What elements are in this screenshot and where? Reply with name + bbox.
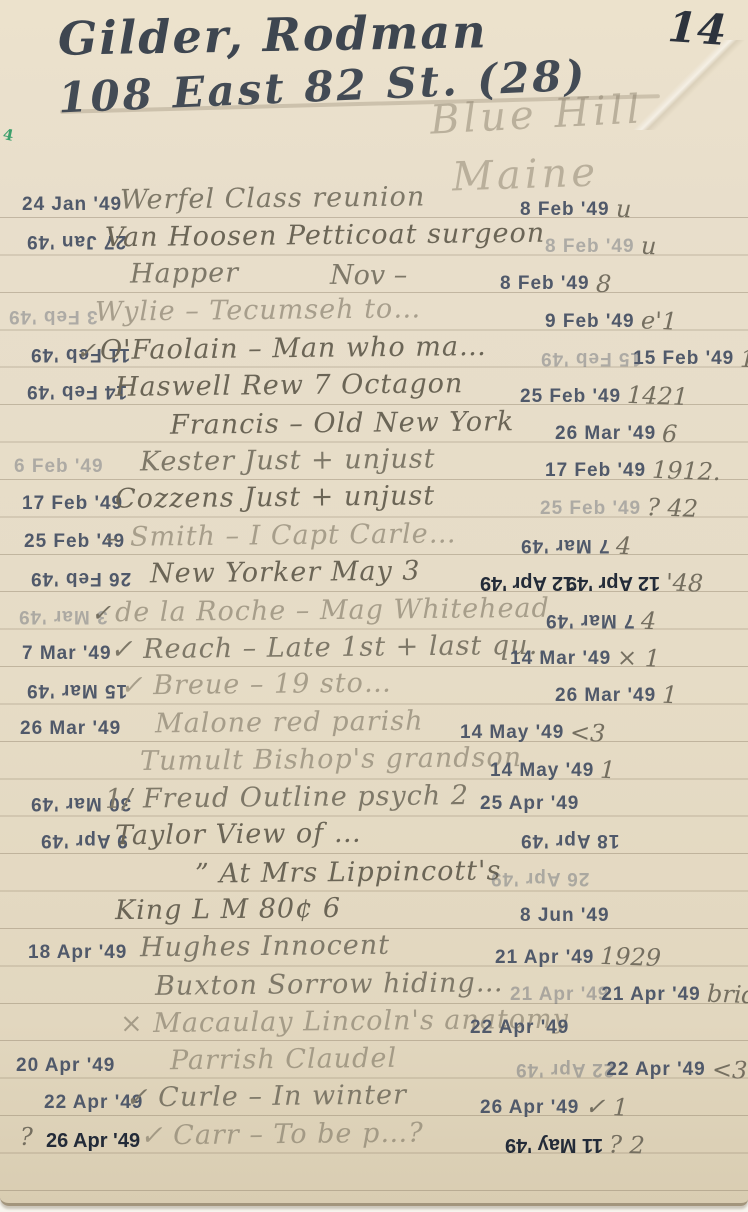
entry-text: Smith – I Capt Carle…	[130, 518, 457, 554]
date-stamp-left: 14 Feb '49	[26, 382, 127, 401]
return-stamps: 14 May '491	[490, 756, 616, 784]
page-number: 14	[666, 2, 728, 55]
entry-text: Haswell Rew 7 Octagon	[115, 368, 464, 404]
date-stamp-right: 26 Mar '49	[555, 686, 656, 705]
pencil-check-mark: –	[106, 524, 118, 552]
return-stamps: 26 Mar '491	[555, 681, 677, 709]
entry-row: 17 Feb '49Cozzens Just + unjust25 Feb '4…	[0, 486, 748, 523]
entry-text: Kester Just + unjust	[140, 443, 436, 478]
date-stamp-right: 22 Apr '49	[606, 1060, 705, 1079]
date-stamp-right: 14 Mar '49	[510, 649, 611, 668]
entry-text: de la Roche – Mag Whitehead	[115, 592, 550, 629]
date-stamp-left: 20 Apr '49	[16, 1056, 115, 1075]
pencil-note: 4	[640, 606, 656, 635]
date-stamp-right: 9 Feb '49	[545, 312, 635, 331]
return-stamps: 22 Apr '49	[470, 1018, 569, 1037]
pencil-note: bridge	[706, 979, 748, 1010]
return-stamps: 8 Feb '49u	[545, 232, 656, 260]
date-stamp-left: 17 Feb '49	[22, 494, 123, 513]
return-stamps: 8 Feb '498	[500, 270, 611, 298]
date-stamp-left: 26 Apr '49	[46, 1131, 140, 1151]
pencil-note: 1421	[627, 381, 689, 411]
entry-row: × Macaulay Lincoln's anatomy22 Apr '49	[0, 1010, 748, 1047]
date-stamp-right: 26 Apr '49	[490, 869, 589, 888]
date-stamp-right: 15 Feb '49	[540, 349, 641, 368]
entry-row: 27 Jan '49Van Hoosen Petticoat surgeon8 …	[0, 224, 748, 261]
date-stamp-right: 12 Apr '49	[480, 573, 574, 593]
entry-text: ✓ Breue – 19 sto…	[120, 668, 392, 703]
entry-text: ” At Mrs Lippincott's	[195, 855, 502, 891]
entry-text: ✓ Curle – In winter	[125, 1080, 407, 1115]
return-stamps: 7 Mar '494	[545, 607, 656, 635]
date-stamp-left: 15 Mar '49	[26, 681, 127, 700]
card-crease	[628, 40, 748, 130]
return-stamps: 18 Apr '49	[520, 831, 619, 850]
pencil-note: 1	[662, 681, 678, 710]
pencil-note: × 1	[617, 643, 661, 672]
date-stamp-right: 14 May '49	[460, 723, 564, 742]
entry-text: Werfel Class reunion	[120, 181, 426, 217]
entry-row: 30 Mar '491/ Freud Outline psych 225 Apr…	[0, 786, 748, 823]
date-stamp-right: 26 Mar '49	[555, 424, 656, 443]
date-stamp-right: 22 Apr '49	[515, 1060, 614, 1079]
date-stamp-left: 26 Mar '49	[20, 719, 121, 738]
return-stamps: 17 Feb '491912.	[545, 457, 721, 485]
entry-text: ✓ Carr – To be p…?	[140, 1117, 424, 1152]
entry-text: King L M 80¢ 6	[115, 893, 341, 928]
return-stamps: 22 Apr '4922 Apr '49<3	[515, 1056, 747, 1084]
entry-row: 3 Mar '49✓de la Roche – Mag Whitehead7 M…	[0, 599, 748, 636]
entry-row: Francis – Old New York26 Mar '496	[0, 412, 748, 449]
return-stamps: 25 Feb '491421	[520, 382, 688, 410]
date-stamp-left: 24 Jan '49	[22, 195, 122, 214]
entry-row: 18 Apr '49Hughes Innocent21 Apr '491929	[0, 935, 748, 972]
pencil-note: 6	[662, 419, 678, 448]
entry-text: New Yorker May 3	[150, 556, 421, 591]
entry-row: 15 Mar '49✓ Breue – 19 sto…26 Mar '491	[0, 673, 748, 710]
pencil-note: ? 42	[647, 493, 699, 523]
entry-text: Francis – Old New York	[170, 406, 515, 442]
entry-row: ?26 Apr '49✓ Carr – To be p…?11 May '49?…	[0, 1123, 748, 1160]
entry-mid-text: Nov –	[330, 260, 407, 291]
date-stamp-right: 21 Apr '49	[495, 948, 594, 967]
date-stamp-left: 3 Feb '49	[8, 307, 98, 326]
entry-row: 14 Feb '49Haswell Rew 7 Octagon25 Feb '4…	[0, 374, 748, 411]
pencil-note: <3	[570, 718, 606, 747]
entry-text: Cozzens Just + unjust	[115, 481, 435, 517]
return-stamps: 25 Feb '49? 42	[540, 494, 698, 522]
date-stamp-left: 7 Mar '49	[22, 644, 112, 663]
date-stamp-right: 21 Apr '49	[601, 985, 700, 1004]
pencil-note: 8	[595, 270, 611, 299]
entry-text: Buxton Sorrow hiding…	[155, 967, 504, 1003]
pencil-note: 1	[600, 756, 616, 785]
margin-mark: 4	[1, 125, 15, 145]
date-stamp-right: 8 Feb '49	[520, 200, 610, 219]
date-stamp-right: 8 Feb '49	[545, 237, 635, 256]
return-stamps: 26 Apr '49	[490, 869, 589, 888]
date-stamp-left: 18 Apr '49	[28, 943, 127, 962]
pencil-note: <3	[711, 1055, 747, 1084]
return-stamps: 21 Apr '491929	[495, 943, 661, 971]
pencil-check-mark: ✓	[76, 337, 96, 365]
date-stamp-right: 14 May '49	[490, 761, 594, 780]
entry-text: Malone red parish	[155, 705, 424, 740]
pencil-note: '48	[666, 569, 704, 598]
date-stamp-right: 25 Feb '49	[540, 499, 641, 518]
date-stamp-right: 22 Apr '49	[470, 1018, 569, 1037]
date-stamp-right: 15 Feb '49	[633, 349, 734, 368]
pencil-note: 1929	[600, 942, 662, 972]
date-stamp-right: 21 Apr '49	[510, 985, 609, 1004]
index-card: Gilder, Rodman 108 East 82 St. (28) 14 B…	[0, 0, 748, 1206]
date-stamp-right: 18 Apr '49	[520, 831, 619, 850]
pencil-note: e'1	[640, 307, 677, 336]
return-stamps: 11 May '49? 2	[505, 1131, 645, 1159]
entry-row: 3 Feb '49Wylie – Tecumseh to…9 Feb '49e'…	[0, 299, 748, 336]
pencil-pre-mark: ?	[20, 1123, 33, 1151]
entry-row: Buxton Sorrow hiding…21 Apr '4921 Apr '4…	[0, 973, 748, 1010]
cardholder-name: Gilder, Rodman	[58, 4, 488, 65]
pencil-note: ? 2	[609, 1130, 646, 1159]
date-stamp-right: 25 Apr '49	[480, 794, 579, 813]
pencil-note: u	[640, 232, 656, 261]
entry-row: ” At Mrs Lippincott's26 Apr '49	[0, 861, 748, 898]
date-stamp-right: 11 May '49	[505, 1135, 603, 1155]
pencil-note: 1	[740, 344, 748, 373]
return-stamps: 8 Jun '49	[520, 906, 610, 925]
return-stamps: 26 Apr '49✓ 1	[480, 1093, 628, 1121]
pencil-note: 4	[615, 532, 631, 561]
entry-row: 24 Jan '49Werfel Class reunion8 Feb '49u	[0, 187, 748, 224]
return-stamps: 14 Mar '49× 1	[510, 644, 660, 672]
date-stamp-left: 26 Feb '49	[30, 569, 131, 588]
date-stamp-right: 8 Feb '49	[500, 274, 590, 293]
entry-text: Van Hoosen Petticoat surgeon	[105, 218, 546, 255]
date-stamp-right: 8 Jun '49	[520, 906, 610, 925]
date-stamp-right: 26 Apr '49	[480, 1098, 579, 1117]
date-stamp-right: 17 Feb '49	[545, 461, 646, 480]
entry-row: 26 Feb '49New Yorker May 312 Apr '4912 A…	[0, 561, 748, 598]
pencil-check-mark: ✓	[91, 599, 111, 627]
pencil-location-line1: Blue Hill	[429, 86, 645, 143]
entry-text: Wylie – Tecumseh to…	[95, 294, 422, 330]
return-stamps: 7 Mar '494	[520, 532, 631, 560]
entry-text: Happer	[130, 257, 239, 291]
return-stamps: 15 Feb '4915 Feb '491	[540, 345, 748, 373]
date-stamp-right: 25 Feb '49	[520, 387, 621, 406]
entry-text: ✓ Reach – Late 1st + last qu…	[110, 630, 557, 667]
pencil-note: 1912.	[652, 456, 722, 486]
entry-text: O'Faolain – Man who ma…	[100, 331, 487, 367]
date-stamp-right: 12 Apr '49	[566, 573, 660, 593]
entry-text: 1/ Freud Outline psych 2	[105, 780, 469, 816]
entry-text: Parrish Claudel	[170, 1042, 397, 1077]
date-stamp-right: 7 Mar '49	[545, 611, 635, 630]
return-stamps: 25 Apr '49	[480, 794, 579, 813]
entry-row: Tumult Bishop's grandson14 May '491	[0, 748, 748, 785]
pencil-note: ✓ 1	[585, 1092, 629, 1121]
pencil-note: u	[615, 195, 631, 224]
entry-text: Taylor View of …	[115, 818, 362, 853]
entry-row: 9 Apr '49Taylor View of …18 Apr '49	[0, 823, 748, 860]
entry-row: 26 Mar '49Malone red parish14 May '49<3	[0, 711, 748, 748]
date-stamp-left: 6 Feb '49	[14, 457, 104, 476]
return-stamps: 9 Feb '49e'1	[545, 307, 677, 335]
date-stamp-right: 7 Mar '49	[520, 536, 610, 555]
return-stamps: 26 Mar '496	[555, 420, 677, 448]
entry-text: Tumult Bishop's grandson	[140, 742, 522, 778]
entry-row: 22 Apr '49✓ Curle – In winter26 Apr '49✓…	[0, 1085, 748, 1122]
entry-text: Hughes Innocent	[140, 930, 390, 965]
